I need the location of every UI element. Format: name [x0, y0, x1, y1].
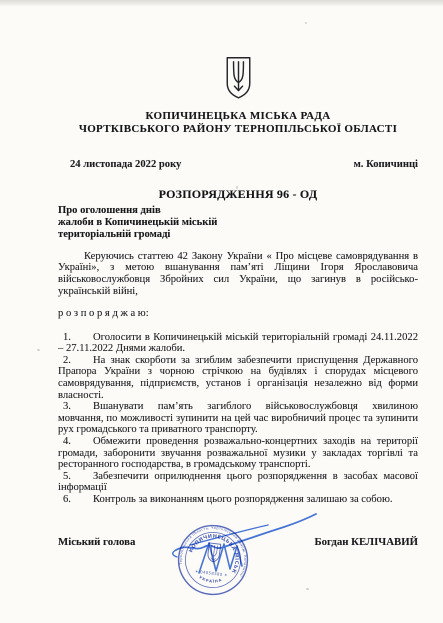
- subject-line: Про оголошення днів: [58, 205, 418, 217]
- scanned-document-page: КОПИЧИНЕЦЬКА МІСЬКА РАДА ЧОРТКІВСЬКОГО Р…: [0, 0, 443, 623]
- item-text: Вшанувати пам’ять загиблого військовослу…: [58, 401, 418, 435]
- subject-block: Про оголошення днів жалоби в Копичинецьк…: [58, 205, 418, 241]
- subject-line: територіальній громаді: [58, 229, 418, 241]
- item-text: Контроль за виконанням цього розпоряджен…: [93, 494, 393, 505]
- item-text: Забезпечити оприлюднення цього розпорядж…: [58, 471, 418, 494]
- signatory-name: Богдан КЕЛІЧАВИЙ: [314, 536, 418, 548]
- official-stamp-seal: Тернопільська область, Чортківський райо…: [165, 512, 261, 608]
- document-content: КОПИЧИНЕЦЬКА МІСЬКА РАДА ЧОРТКІВСЬКОГО Р…: [0, 55, 443, 548]
- decree-verb: р о з п о р я д ж а ю:: [58, 308, 418, 320]
- decree-item: 6.Контроль за виконанням цього розпорядж…: [58, 494, 418, 506]
- signatory-position: Міський голова: [58, 536, 135, 548]
- item-number: 3.: [63, 401, 93, 413]
- item-text: На знак скорботи за згиблим забезпечити …: [58, 355, 418, 401]
- item-number: 5.: [63, 471, 93, 483]
- scan-speck: [37, 349, 40, 351]
- decree-item: 3.Вшанувати пам’ять загиблого військовос…: [58, 401, 418, 436]
- svg-text:КОПИЧИНЕЦЬКА МІСЬКА РАДА: КОПИЧИНЕЦЬКА МІСЬКА РАДА: [166, 512, 244, 575]
- decree-item: 4.Обмежити проведення розважально-концер…: [58, 436, 418, 471]
- decree-item: 2.На знак скорботи за згиблим забезпечит…: [58, 355, 418, 401]
- trident-shield-icon: [225, 55, 252, 101]
- subject-line: жалоби в Копичинецькій міській: [58, 217, 418, 229]
- decree-items-list: 1.Оголосити в Копичинецькій міській тери…: [58, 332, 418, 506]
- stamp-trident-icon: [210, 545, 218, 561]
- item-text: Оголосити в Копичинецькій міській терито…: [58, 332, 418, 355]
- org-name-line2: ЧОРТКІВСЬКОГО РАЙОНУ ТЕРНОПІЛЬСЬКОЇ ОБЛА…: [58, 123, 418, 136]
- document-title: РОЗПОРЯДЖЕННЯ 96 - ОД: [58, 187, 418, 202]
- scan-speck: [236, 186, 238, 189]
- preamble-text: Керуючись статтею 42 Закону України « Пр…: [58, 251, 418, 297]
- meta-row: 24 листопада 2022 року м. Копичинці: [58, 159, 418, 170]
- item-number: 4.: [63, 436, 93, 448]
- item-number: 6.: [63, 494, 93, 506]
- stamp-main-text: КОПИЧИНЕЦЬКА МІСЬКА РАДА: [166, 512, 244, 575]
- org-name-line1: КОПИЧИНЕЦЬКА МІСЬКА РАДА: [58, 110, 418, 123]
- national-emblem: [58, 55, 418, 101]
- item-number: 2.: [63, 355, 93, 367]
- item-text: Обмежити проведення розважально-концертн…: [58, 436, 418, 470]
- document-place: м. Копичинці: [354, 159, 418, 170]
- document-date: 24 листопада 2022 року: [70, 159, 181, 170]
- decree-item: 1.Оголосити в Копичинецькій міській тери…: [58, 332, 418, 355]
- scan-speck: [306, 588, 309, 590]
- decree-item: 5.Забезпечити оприлюднення цього розпоря…: [58, 471, 418, 494]
- scan-speck: [305, 22, 307, 24]
- item-number: 1.: [63, 332, 93, 344]
